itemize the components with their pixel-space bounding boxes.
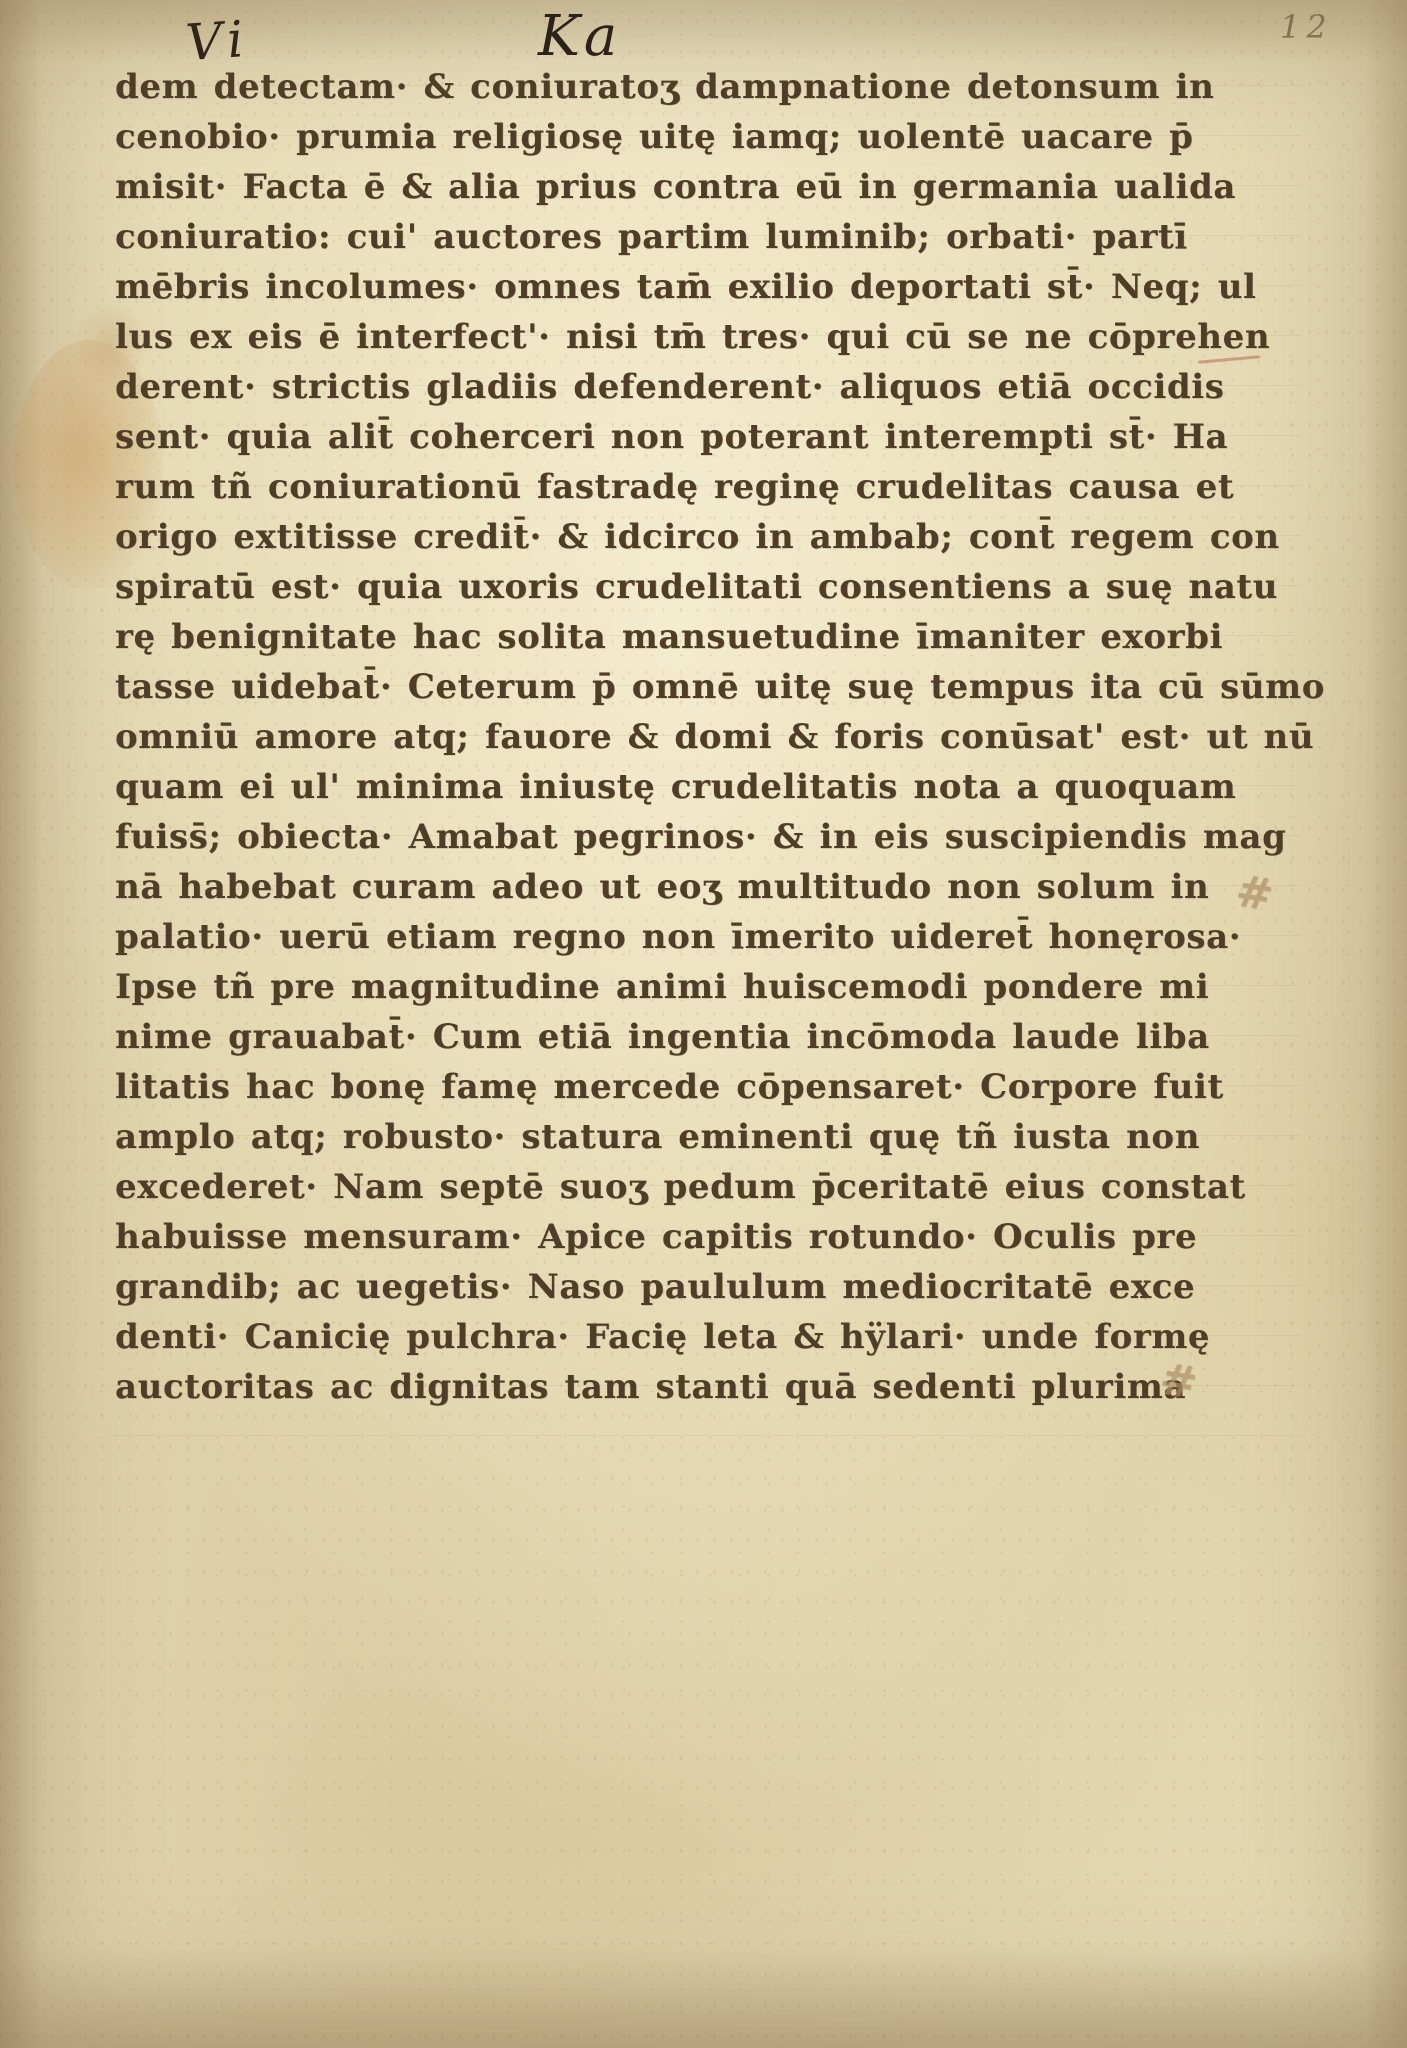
manuscript-line: quam ei ul' minima iniustę crudelitatis … xyxy=(115,762,1125,812)
manuscript-line: cenobio· prumia religiosę uitę iamq; uol… xyxy=(115,112,1125,162)
manuscript-line: palatio· uerū etiam regno non īmerito ui… xyxy=(115,912,1125,962)
manuscript-line: habuisse mensuram· Apice capitis rotundo… xyxy=(115,1212,1125,1262)
text-block: dem detectam· & coniuratoʒ dampnatione d… xyxy=(115,62,1125,1412)
stain xyxy=(180,1640,1080,2020)
manuscript-line: excederet· Nam septē suoʒ pedum p̄cerita… xyxy=(115,1162,1125,1212)
folio-number: 12 xyxy=(1280,8,1333,46)
manuscript-line: spiratū est· quia uxoris crudelitati con… xyxy=(115,562,1125,612)
manuscript-line: misit· Facta ē & alia prius contra eū in… xyxy=(115,162,1125,212)
monogram-icon: # xyxy=(1232,865,1276,921)
manuscript-line: lus ex eis ē interfect'· nisi tm̄ tres· … xyxy=(115,312,1125,362)
manuscript-page: Vi Ka 12 dem detectam· & coniuratoʒ damp… xyxy=(0,0,1407,2048)
manuscript-line: nā habebat curam adeo ut eoʒ multitudo n… xyxy=(115,862,1125,912)
manuscript-line: derent· strictis gladiis defenderent· al… xyxy=(115,362,1125,412)
manuscript-line: tasse uidebat̄· Ceterum p̄ omnē uitę suę… xyxy=(115,662,1125,712)
manuscript-line: fuiss̄; obiecta· Amabat pegrinos· & in e… xyxy=(115,812,1125,862)
manuscript-line: litatis hac bonę famę mercede cōpensaret… xyxy=(115,1062,1125,1112)
manuscript-line: Ipse tñ pre magnitudine animi huiscemodi… xyxy=(115,962,1125,1012)
manuscript-line: mēbris incolumes· omnes tam̄ exilio depo… xyxy=(115,262,1125,312)
manuscript-line: dem detectam· & coniuratoʒ dampnatione d… xyxy=(115,62,1125,112)
manuscript-line: rę benignitate hac solita mansuetudine ī… xyxy=(115,612,1125,662)
manuscript-line: grandib; ac uegetis· Naso paululum medio… xyxy=(115,1262,1125,1312)
running-title: Ka xyxy=(538,4,621,69)
manuscript-line: origo extitisse credit̄· & idcirco in am… xyxy=(115,512,1125,562)
manuscript-line: amplo atq; robusto· statura eminenti quę… xyxy=(115,1112,1125,1162)
manuscript-line: auctoritas ac dignitas tam stanti quā se… xyxy=(115,1362,1125,1412)
manuscript-line: sent· quia alit̄ coherceri non poterant … xyxy=(115,412,1125,462)
manuscript-line: rum tñ coniurationū fastradę reginę crud… xyxy=(115,462,1125,512)
manuscript-line: omniū amore atq; fauore & domi & foris c… xyxy=(115,712,1125,762)
manuscript-line: nime grauabat̄· Cum etiā ingentia incōmo… xyxy=(115,1012,1125,1062)
manuscript-line: denti· Canicię pulchra· Facię leta & hÿl… xyxy=(115,1312,1125,1362)
monogram-icon: # xyxy=(1156,1353,1200,1409)
manuscript-line: coniuratio: cui' auctores partim luminib… xyxy=(115,212,1125,262)
